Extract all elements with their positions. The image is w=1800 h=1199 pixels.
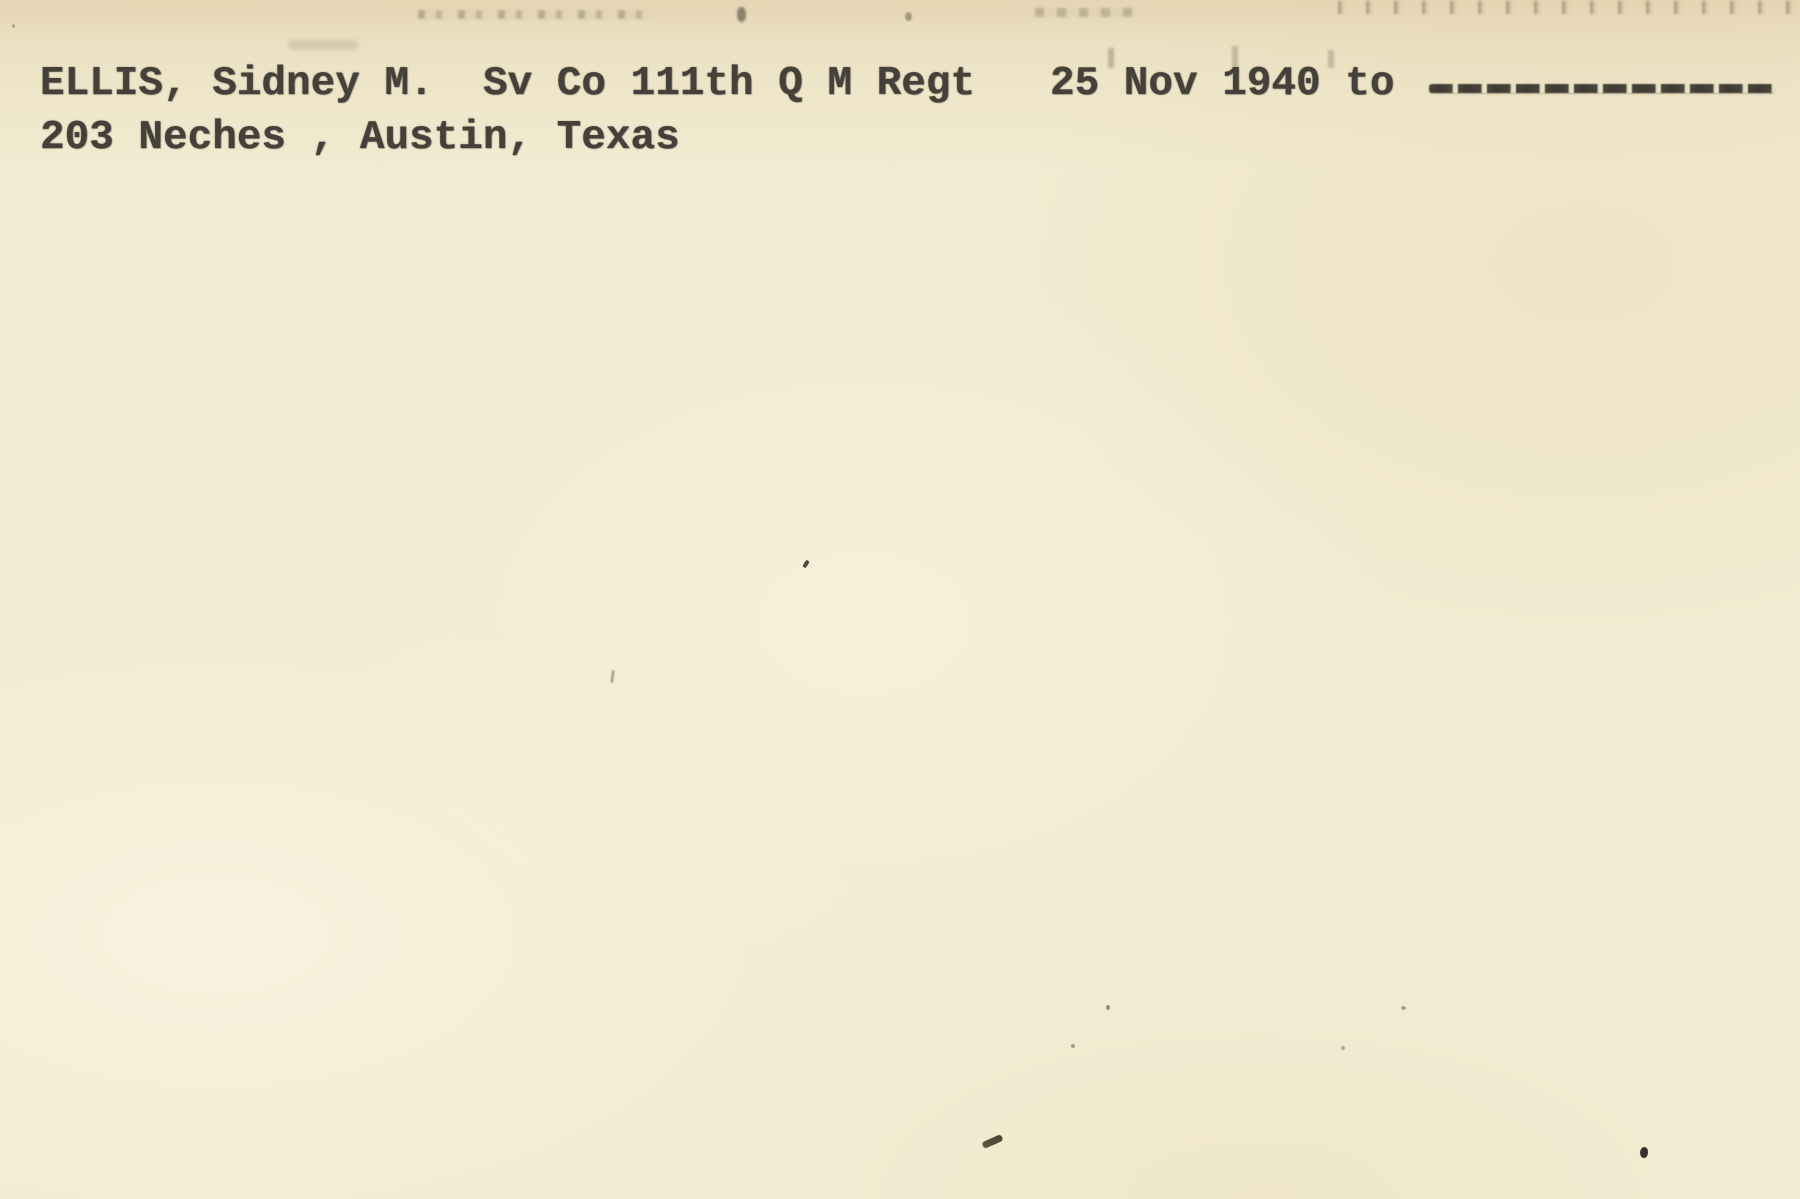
ink-dot: [1639, 1146, 1648, 1158]
service-member-name: ELLIS, Sidney M.: [40, 64, 434, 105]
scan-tick-marks-top-right: [1338, 1, 1796, 14]
scan-smudge-top-left: [418, 10, 653, 19]
address-line: 203 Neches , Austin, Texas: [40, 118, 680, 159]
paper-fiber: [610, 670, 615, 683]
typed-dash-line: [1429, 84, 1775, 93]
scan-smudge-top-mid: [1035, 8, 1135, 17]
scan-dot-top-center: [905, 12, 912, 21]
paper-speck: [1401, 1006, 1406, 1010]
scanned-card: ELLIS, Sidney M. Sv Co 111th Q M Regt 25…: [0, 0, 1800, 1199]
paper-speck: [12, 24, 15, 28]
ink-speck: [802, 560, 810, 569]
paper-speck: [1106, 1005, 1110, 1010]
scan-blob-top-center: [737, 7, 746, 22]
date-range-text: 25 Nov 1940 to: [1050, 64, 1394, 105]
unit-text: Sv Co 111th Q M Regt: [483, 64, 975, 105]
paper-speck: [1071, 1044, 1075, 1048]
paper-speck: [1341, 1046, 1345, 1050]
ink-fleck: [981, 1134, 1003, 1149]
scan-ghost-mark: [288, 40, 358, 50]
